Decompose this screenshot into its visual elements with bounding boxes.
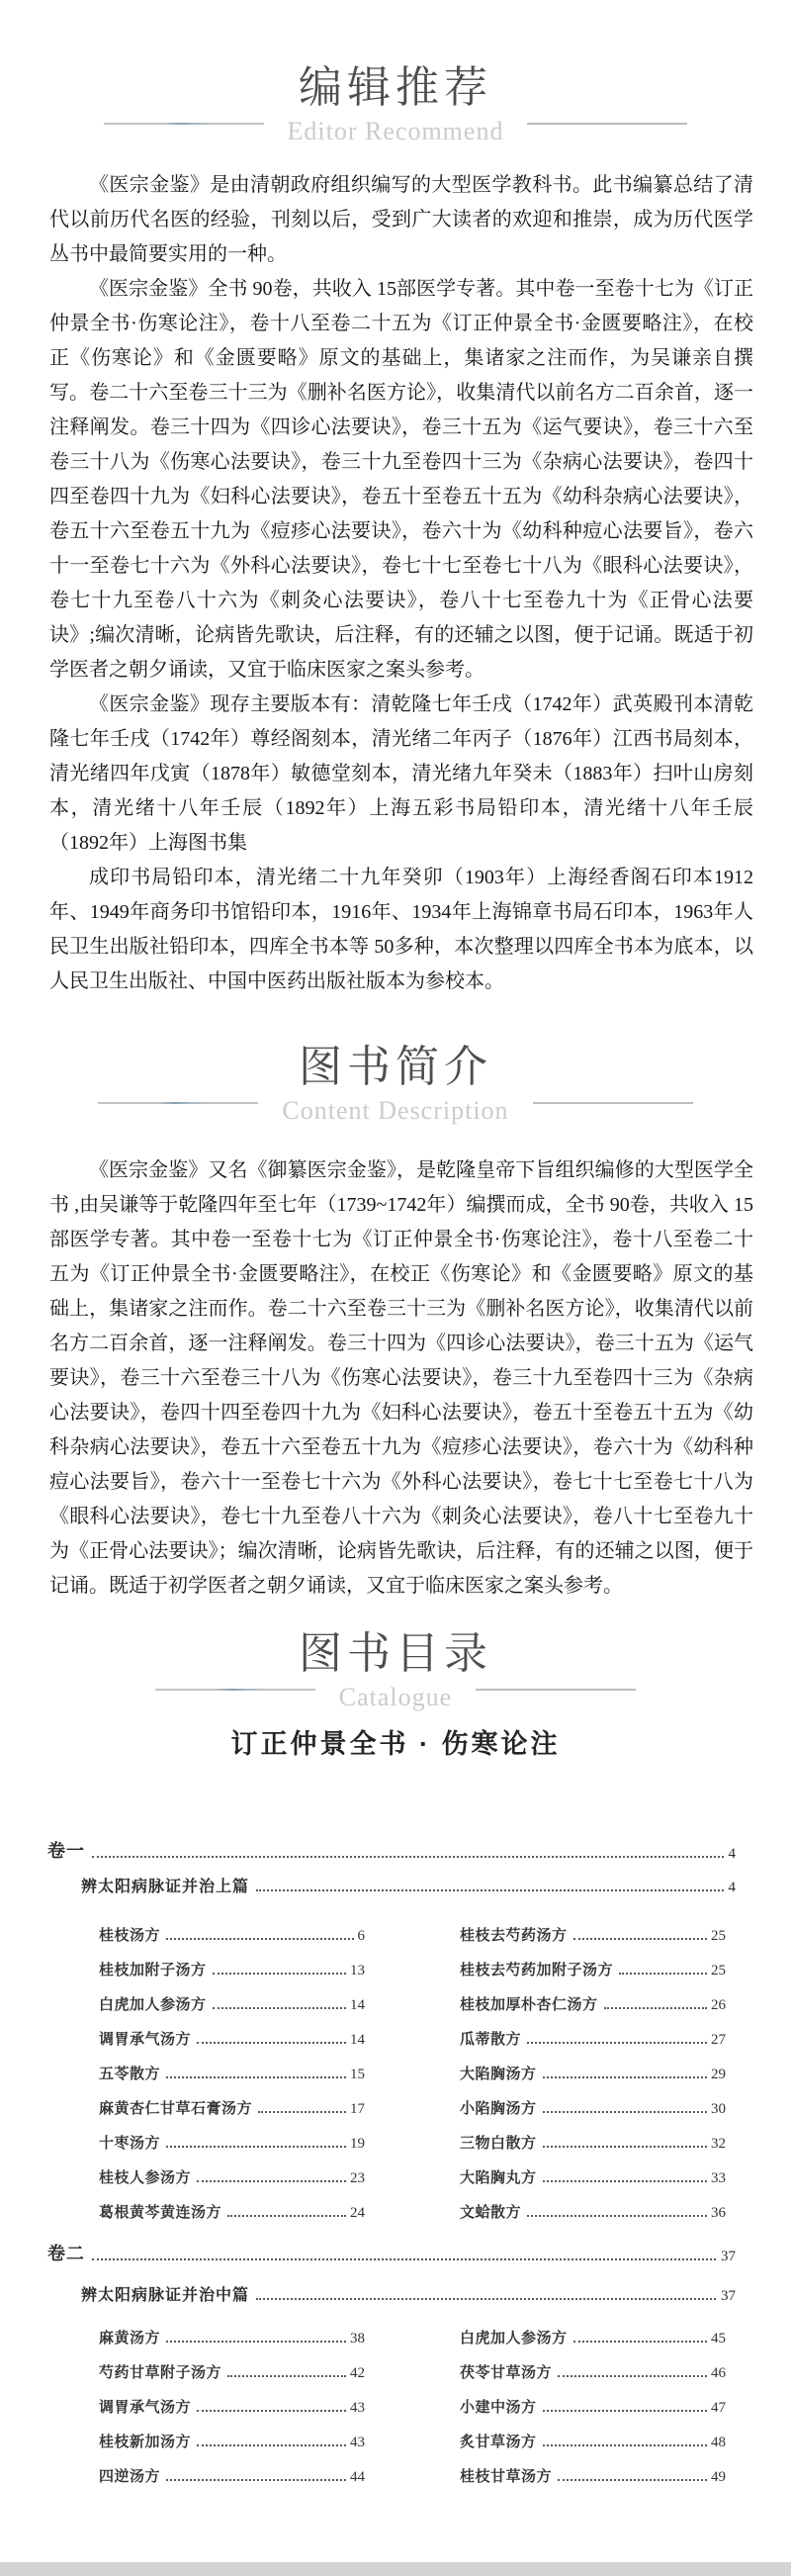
- toc-entry: 十枣汤方 19: [99, 2118, 365, 2153]
- dot-leader: [543, 2076, 707, 2078]
- section-title-editor-recommend: 编辑推荐: [0, 63, 791, 113]
- toc-chapter-row: 辨太阳病脉证并治上篇 4: [0, 1871, 791, 1896]
- toc-entry-label: 麻黄杏仁甘草石膏汤方: [99, 2097, 252, 2118]
- toc-entry-label: 桂枝去芍药汤方: [460, 1924, 568, 1945]
- toc-entry-page: 49: [711, 2469, 726, 2486]
- section-title-content-description: 图书简介: [0, 1043, 791, 1092]
- toc-entries-right-column: 白虎加人参汤方 45 茯苓甘草汤方 46 小建中汤方 47: [460, 2313, 726, 2486]
- toc-entry: 桂枝人参汤方 23: [99, 2153, 365, 2187]
- divider-line-left: [104, 123, 264, 125]
- content-description-body: 《医宗金鉴》又名《御纂医宗金鉴》，是乾隆皇帝下旨组织编修的大型医学全书 ,由吴谦…: [0, 1153, 791, 1604]
- toc-entry-label: 桂枝甘草汤方: [460, 2465, 552, 2486]
- toc-entry-label: 白虎加人参汤方: [99, 1993, 207, 2014]
- toc-entry-label: 白虎加人参汤方: [460, 2327, 568, 2347]
- toc-entry-label: 芍药甘草附子汤方: [99, 2361, 221, 2382]
- toc-entry-page: 36: [711, 2205, 726, 2222]
- toc-entry-page: 17: [350, 2101, 365, 2118]
- toc-entry: 芍药甘草附子汤方 42: [99, 2347, 365, 2382]
- paragraph: 《医宗金鉴》现存主要版本有：清乾隆七年壬戌（1742年）武英殿刊本清乾隆七年壬戌…: [49, 688, 753, 861]
- dot-leader: [543, 2410, 707, 2412]
- toc-entry-label: 葛根黄芩黄连汤方: [99, 2201, 221, 2222]
- section-subtitle-editor-recommend: Editor Recommend: [288, 117, 504, 146]
- toc-entry-page: 19: [350, 2136, 365, 2153]
- paragraph: 《医宗金鉴》全书 90卷，共收入 15部医学专著。其中卷一至卷十七为《订正仲景全…: [49, 272, 753, 688]
- toc-entry-label: 瓜蒂散方: [460, 2028, 521, 2049]
- dot-leader: [558, 2479, 707, 2481]
- dot-leader: [256, 2298, 716, 2300]
- toc-chapter-label: 辨太阳病脉证并治中篇: [81, 2282, 249, 2305]
- paragraph: 《医宗金鉴》是由清朝政府组织编写的大型医学教科书。此书编纂总结了清代以前历代名医…: [49, 168, 753, 272]
- toc-entry: 桂枝加厚朴杏仁汤方 26: [460, 1979, 726, 2014]
- section-editor-recommend-header: 编辑推荐 Editor Recommend: [0, 63, 791, 148]
- toc-entry-label: 桂枝加厚朴杏仁汤方: [460, 1993, 598, 2014]
- bottom-divider-bar: [0, 2562, 791, 2576]
- toc-entry: 四逆汤方 44: [99, 2451, 365, 2486]
- toc-entry: 茯苓甘草汤方 46: [460, 2347, 726, 2382]
- section-subtitle-row: Content Description: [0, 1094, 791, 1128]
- section-title-catalogue: 图书目录: [0, 1629, 791, 1679]
- toc-entries-grid: 桂枝汤方 6 桂枝加附子汤方 13 白虎加人参汤方 14: [0, 1910, 791, 2222]
- toc-volume-row: 卷一 4: [0, 1835, 791, 1863]
- toc-entry-page: 32: [711, 2136, 726, 2153]
- toc-entry: 五苓散方 15: [99, 2049, 365, 2083]
- toc-entry-label: 文蛤散方: [460, 2201, 521, 2222]
- toc-entry-page: 45: [711, 2331, 726, 2347]
- divider-line-left: [98, 1102, 258, 1104]
- dot-leader: [197, 2180, 346, 2182]
- dot-leader: [543, 2111, 707, 2113]
- paragraph: 成印书局铅印本，清光绪二十九年癸卯（1903年）上海经香阁石印本1912年、19…: [49, 861, 753, 999]
- catalogue-book-title: 订正仲景全书 · 伤寒论注: [0, 1728, 791, 1760]
- toc-entry-page: 27: [711, 2032, 726, 2049]
- dot-leader: [543, 2146, 707, 2148]
- toc-entries-left-column: 麻黄汤方 38 芍药甘草附子汤方 42 调胃承气汤方 43: [99, 2313, 365, 2486]
- toc-entry-page: 38: [350, 2331, 365, 2347]
- toc-entry-page: 23: [350, 2170, 365, 2187]
- toc-entry-page: 33: [711, 2170, 726, 2187]
- dot-leader: [227, 2375, 346, 2377]
- dot-leader: [166, 2479, 346, 2481]
- toc-entry-page: 47: [711, 2400, 726, 2417]
- dot-leader: [527, 2042, 707, 2044]
- section-subtitle-catalogue: Catalogue: [339, 1683, 452, 1712]
- toc-entry-label: 五苓散方: [99, 2063, 160, 2083]
- toc-chapter-page: 37: [721, 2288, 736, 2305]
- top-spacer: [0, 0, 791, 63]
- dot-leader: [543, 2444, 707, 2446]
- toc-entry-page: 25: [711, 1928, 726, 1945]
- toc-entry: 三物白散方 32: [460, 2118, 726, 2153]
- toc-chapter-label: 辨太阳病脉证并治上篇: [81, 1874, 249, 1896]
- dot-leader: [166, 2076, 346, 2078]
- dot-leader: [197, 2042, 346, 2044]
- dot-leader: [543, 2180, 707, 2182]
- toc-entry-label: 桂枝人参汤方: [99, 2166, 191, 2187]
- toc-entry: 葛根黄芩黄连汤方 24: [99, 2187, 365, 2222]
- toc-entry-page: 48: [711, 2435, 726, 2451]
- toc-entry-page: 25: [711, 1963, 726, 1979]
- toc-entry-label: 炙甘草汤方: [460, 2431, 537, 2451]
- toc-entry: 瓜蒂散方 27: [460, 2014, 726, 2049]
- toc-entry-label: 桂枝汤方: [99, 1924, 160, 1945]
- dot-leader: [604, 2007, 707, 2009]
- toc-entry-page: 29: [711, 2067, 726, 2083]
- toc-entry-label: 桂枝去芍药加附子汤方: [460, 1959, 613, 1979]
- toc-entry-page: 14: [350, 1997, 365, 2014]
- toc-entry: 麻黄杏仁甘草石膏汤方 17: [99, 2083, 365, 2118]
- section-catalogue-header: 图书目录 Catalogue: [0, 1629, 791, 1714]
- toc-entry: 大陷胸汤方 29: [460, 2049, 726, 2083]
- toc-entry: 炙甘草汤方 48: [460, 2417, 726, 2451]
- toc-volume-page: 37: [721, 2249, 736, 2265]
- toc-entry: 大陷胸丸方 33: [460, 2153, 726, 2187]
- toc-entry: 桂枝加附子汤方 13: [99, 1945, 365, 1979]
- toc-entry-label: 调胃承气汤方: [99, 2028, 191, 2049]
- toc-entries-right-column: 桂枝去芍药汤方 25 桂枝去芍药加附子汤方 25 桂枝加厚朴杏仁汤方 26: [460, 1910, 726, 2222]
- section-subtitle-content-description: Content Description: [282, 1096, 508, 1126]
- toc-volume-page: 4: [729, 1846, 737, 1863]
- dot-leader: [92, 1856, 724, 1858]
- toc-entry-page: 24: [350, 2205, 365, 2222]
- toc-entry-page: 43: [350, 2435, 365, 2451]
- toc-entry: 白虎加人参汤方 45: [460, 2313, 726, 2347]
- toc-entry-page: 13: [350, 1963, 365, 1979]
- toc-entry: 调胃承气汤方 14: [99, 2014, 365, 2049]
- toc-entry-label: 麻黄汤方: [99, 2327, 160, 2347]
- table-of-contents: 卷一 4 辨太阳病脉证并治上篇 4 桂枝汤方 6 桂枝加附子汤方: [0, 1835, 791, 2486]
- dot-leader: [573, 1938, 707, 1940]
- toc-entry: 麻黄汤方 38: [99, 2313, 365, 2347]
- toc-volume-label: 卷二: [47, 2240, 85, 2265]
- toc-entry: 调胃承气汤方 43: [99, 2382, 365, 2417]
- dot-leader: [527, 2215, 707, 2217]
- toc-entry-page: 44: [350, 2469, 365, 2486]
- toc-chapter-row: 辨太阳病脉证并治中篇 37: [0, 2279, 791, 2305]
- section-subtitle-row: Editor Recommend: [0, 115, 791, 148]
- toc-entry-label: 小建中汤方: [460, 2396, 537, 2417]
- toc-entry-page: 26: [711, 1997, 726, 2014]
- toc-entries-grid: 麻黄汤方 38 芍药甘草附子汤方 42 调胃承气汤方 43: [0, 2313, 791, 2486]
- divider-line-right: [527, 123, 687, 125]
- editor-recommend-body: 《医宗金鉴》是由清朝政府组织编写的大型医学教科书。此书编纂总结了清代以前历代名医…: [0, 168, 791, 999]
- divider-line-right: [533, 1102, 693, 1104]
- dot-leader: [258, 2111, 346, 2113]
- toc-entry: 小建中汤方 47: [460, 2382, 726, 2417]
- section-content-description-header: 图书简介 Content Description: [0, 1043, 791, 1128]
- dot-leader: [166, 2341, 346, 2343]
- toc-entry-label: 桂枝新加汤方: [99, 2431, 191, 2451]
- toc-chapter-page: 4: [729, 1880, 737, 1896]
- toc-entry-label: 调胃承气汤方: [99, 2396, 191, 2417]
- dot-leader: [197, 2444, 346, 2446]
- toc-entry-page: 14: [350, 2032, 365, 2049]
- toc-entry-page: 43: [350, 2400, 365, 2417]
- toc-entry: 白虎加人参汤方 14: [99, 1979, 365, 2014]
- dot-leader: [256, 1889, 723, 1891]
- toc-entry-page: 46: [711, 2365, 726, 2382]
- toc-entry-page: 6: [358, 1928, 366, 1945]
- dot-leader: [619, 1973, 707, 1975]
- toc-volume-row: 卷二 37: [0, 2238, 791, 2265]
- toc-entry-label: 小陷胸汤方: [460, 2097, 537, 2118]
- toc-entry: 桂枝汤方 6: [99, 1910, 365, 1945]
- toc-entry: 桂枝甘草汤方 49: [460, 2451, 726, 2486]
- divider-line-left: [155, 1689, 315, 1691]
- dot-leader: [92, 2258, 716, 2260]
- dot-leader: [166, 2146, 346, 2148]
- toc-entry-page: 15: [350, 2067, 365, 2083]
- dot-leader: [573, 2341, 707, 2343]
- dot-leader: [213, 2007, 346, 2009]
- toc-entry-label: 桂枝加附子汤方: [99, 1959, 207, 1979]
- dot-leader: [166, 1938, 353, 1940]
- dot-leader: [197, 2410, 346, 2412]
- toc-entry-label: 四逆汤方: [99, 2465, 160, 2486]
- toc-entry-page: 30: [711, 2101, 726, 2118]
- toc-volume-label: 卷一: [47, 1837, 85, 1863]
- dot-leader: [213, 1973, 346, 1975]
- toc-entry: 桂枝新加汤方 43: [99, 2417, 365, 2451]
- toc-entry-label: 茯苓甘草汤方: [460, 2361, 552, 2382]
- toc-entry: 桂枝去芍药加附子汤方 25: [460, 1945, 726, 1979]
- toc-entry: 小陷胸汤方 30: [460, 2083, 726, 2118]
- toc-entry-label: 三物白散方: [460, 2132, 537, 2153]
- toc-entry-label: 大陷胸丸方: [460, 2166, 537, 2187]
- toc-entry-label: 十枣汤方: [99, 2132, 160, 2153]
- dot-leader: [558, 2375, 707, 2377]
- divider-line-right: [476, 1689, 636, 1691]
- toc-entry: 桂枝去芍药汤方 25: [460, 1910, 726, 1945]
- paragraph: 《医宗金鉴》又名《御纂医宗金鉴》，是乾隆皇帝下旨组织编修的大型医学全书 ,由吴谦…: [49, 1153, 753, 1604]
- toc-entry-label: 大陷胸汤方: [460, 2063, 537, 2083]
- toc-entries-left-column: 桂枝汤方 6 桂枝加附子汤方 13 白虎加人参汤方 14: [99, 1910, 365, 2222]
- dot-leader: [227, 2215, 346, 2217]
- toc-entry-page: 42: [350, 2365, 365, 2382]
- book-detail-page: 编辑推荐 Editor Recommend 《医宗金鉴》是由清朝政府组织编写的大…: [0, 0, 791, 2576]
- toc-entry: 文蛤散方 36: [460, 2187, 726, 2222]
- section-subtitle-row: Catalogue: [0, 1681, 791, 1714]
